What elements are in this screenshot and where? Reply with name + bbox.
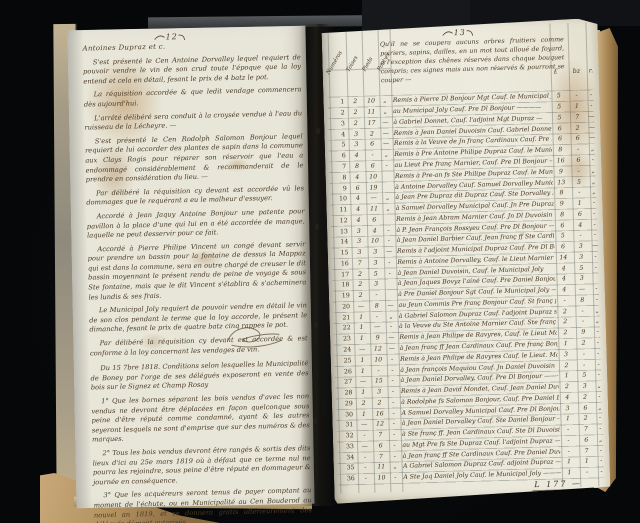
cell-a3: - [592,339,603,346]
cell-a2: 5 [575,372,593,379]
cell-c3: - [388,442,400,449]
cell-a2: 7 [578,447,596,454]
cell-c2: 12 [370,345,386,352]
cell-a1: 9 [552,168,570,175]
cell-c2: 3 [367,248,383,255]
cell-a1: 5 [550,114,568,121]
cell-c3: - [382,227,394,234]
cell-a2: 5 [570,178,588,185]
right-page: 13 Qu'il ne se coupera aucuns arbres fru… [321,18,610,504]
cell-c1: 1 [354,324,370,331]
cell-a2: 9 [574,329,592,336]
cell-a1: 14 [554,254,572,261]
cell-a3: — [586,113,597,120]
binding-stitch [314,322,318,328]
cell-c2: 16 [372,410,388,417]
cell-c1: 3 [348,141,364,148]
cell-a3: „ [588,167,599,174]
cell-c1: 8 [349,163,365,170]
cell-c3: — [380,140,392,147]
cell-c1: - [357,432,373,439]
cell-a3: - [591,296,602,303]
cell-c2: 3 [368,259,384,266]
cell-a2: 3 [573,275,591,282]
cell-no: 1 [326,99,347,107]
cell-c1: — [357,443,373,450]
cell-a3: - [588,199,599,206]
manuscript-paragraph: Par délibéré la réquisition cy devant es… [86,184,304,209]
cell-c3: - [387,399,399,406]
cell-c1: 1 [355,367,371,374]
cell-a2: 1 [578,458,596,465]
cell-a3: - [589,232,600,239]
cell-a3: „ [595,436,606,443]
cell-a3: - [596,468,607,475]
cell-a2: - [569,146,587,153]
cell-c3: - [388,431,400,438]
cell-c1: 2 [352,281,368,288]
cell-no: 22 [333,325,354,333]
cell-a2: 3 [572,253,590,260]
manuscript-paragraph: La réquisition accordée & que ledit vend… [84,86,302,111]
page-number-flourish [466,28,476,37]
cell-c2: 19 [365,184,381,191]
cell-a1: 1 [558,372,576,379]
cell-c2: 2 [371,399,387,406]
cell-c1: 3 [351,249,367,256]
cell-c2: 12 [372,421,388,428]
cell-no: 28 [335,389,356,397]
cell-a2: 2 [577,415,595,422]
cell-a2: 6 [576,404,594,411]
cell-a2: - [568,92,586,99]
margin-heading: Antoines Dupraz et c. [82,39,300,54]
cell-c1: 1 [354,356,370,363]
cell-c1: 6 [350,184,366,191]
manuscript-paragraph: S'est présenté le Cen Antoine Dorvalley … [83,53,302,87]
manuscript-photo: 12 Antoines Dupraz et c. S'est présenté … [0,0,640,523]
cell-c1: 2 [352,270,368,277]
cell-a1: 4 [555,265,573,272]
cell-a3: - [594,415,605,422]
cell-c1: 1 [353,313,369,320]
cell-no: 27 [334,378,355,386]
cell-a3: — [586,124,597,131]
cell-c2: - [365,152,381,159]
cell-a2: 6 [577,436,595,443]
cell-a1: - [559,426,577,433]
cell-a3: - [590,264,601,271]
column-header-pieds: Pieds [362,56,375,72]
cell-no: 4 [327,131,348,139]
cell-a3: - [591,285,602,292]
cell-a1: 5 [550,92,568,99]
cell-c3: - [385,323,397,330]
cell-a2: 8 [573,296,591,303]
cell-c3: „ [379,97,391,104]
cell-a1: 2 [558,383,576,390]
cell-c3: „ [385,313,397,320]
cell-a3: „ [594,404,605,411]
currency-header-batz: bz [573,67,581,75]
cell-no: 7 [328,163,349,171]
cell-c1: 4 [350,206,366,213]
cell-a2: - [570,189,588,196]
cell-c1: 4 [350,195,366,202]
cell-c3: — [379,119,391,126]
cell-no: 23 [333,335,354,343]
cell-a3: - [589,221,600,228]
cell-a1: 6 [551,136,569,143]
cell-c2: 6 [366,216,382,223]
cell-no: 11 [329,206,350,214]
cell-c2: 6 [364,141,380,148]
cell-a1: 4 [558,394,576,401]
cell-a2: — [573,286,591,293]
cell-a2: - [578,469,596,476]
cell-a2: 1 [571,200,589,207]
cell-a2: 6 [571,210,589,217]
condition-item: 1° Que les bornes séparant les bois vend… [91,392,310,445]
cell-a3: „ [588,178,599,185]
cell-a3: „ [588,189,599,196]
cell-a3: „ [592,318,603,325]
cell-a2: - [574,318,592,325]
cell-a1: 5 [550,103,568,110]
currency-header-rappes: r. [589,66,594,74]
cell-c3: - [388,420,400,427]
dated-heading: Du 15 7bre 1818. Conditions selon lesque… [90,359,309,393]
cell-a3: - [586,102,597,109]
page-number-flourish [154,33,166,41]
cell-a1: 8 [553,189,571,196]
cell-no: 36 [337,475,358,483]
cell-a1: 4 [555,286,573,293]
cell-a3: - [585,92,596,99]
condition-item: 2° Tous les bois vendus devront être ran… [92,444,311,488]
cell-no: 24 [333,346,354,354]
cell-a2: 7 [568,113,586,120]
manuscript-paragraph: Accordé à Jean Jaquy Antoine Bonjour une… [87,207,306,241]
cell-c1: 4 [351,217,367,224]
cell-c1: - [358,475,374,482]
signature-flourish [223,322,285,349]
cell-a3: - [595,425,606,432]
cell-c1: 1 [356,410,372,417]
cell-a3: - [595,447,606,454]
cell-no: 14 [330,239,351,247]
cell-c3: — [380,130,392,137]
cell-a1: 16 [552,157,570,164]
cell-a2: 6 [569,157,587,164]
cell-a3: „ [587,145,598,152]
cell-a2: 1 [568,103,586,110]
cell-c2: - [368,291,384,298]
condition-item: 3° Que les acquéreurs seront tenus de pa… [93,487,312,523]
cell-no: 30 [335,411,356,419]
manuscript-paragraph: Accordé à Pierre Philipe Vincent un cong… [87,240,306,303]
cell-c1: 2 [348,109,364,116]
cell-c3: „ [382,205,394,212]
cell-a3: — [590,242,601,249]
cell-c2: 2 [364,130,380,137]
cell-a2: 2 [575,339,593,346]
cell-c2: 3 [368,281,384,288]
cell-no: 26 [334,368,355,376]
cell-a1: 1 [557,340,575,347]
cell-c1: — [354,346,370,353]
cell-no: 16 [331,260,352,268]
cell-c1: 2 [353,292,369,299]
cell-no: 31 [335,421,356,429]
column-header-toises: Toises [346,55,360,73]
cell-a3: - [592,328,603,335]
cell-c2: 11 [363,109,379,116]
cell-no: 35 [337,465,358,473]
cell-a2: - [572,232,590,239]
ledger-table: 1210„Remis à Pierre Dl Bonjour Mgt Cauf.… [326,90,607,485]
cell-no: 21 [332,314,353,322]
cell-c1: - [357,453,373,460]
page-number-right: 13 [442,28,476,38]
manuscript-paragraph: L'arrêté délibéré sera conduit à la croy… [84,109,302,134]
cell-c3: „ [379,108,391,115]
cell-a1: 1 [560,458,578,465]
cell-c3: — [383,248,395,255]
cell-a3: - [594,393,605,400]
cell-c3: - [388,409,400,416]
cell-no: 6 [328,152,349,160]
cell-no: 34 [336,454,357,462]
cell-a2: - [570,167,588,174]
cell-no: 32 [336,432,357,440]
cell-c2: 10 [365,173,381,180]
cell-a3: - [593,361,604,368]
page-number-flourish [442,29,454,37]
cell-c3: - [387,388,399,395]
cell-no: 8 [329,174,350,182]
cell-a2: 7 [577,426,595,433]
cell-a3: - [593,350,604,357]
cell-no: 3 [327,120,348,128]
cell-a1: 1 [560,469,578,476]
cell-c1: 4 [349,152,365,159]
cell-c2: 5 [368,270,384,277]
cell-a1: 3 [557,351,575,358]
cell-c3: — [385,302,397,309]
cell-c2: - [371,367,387,374]
cell-a2: - [574,307,592,314]
cell-a2: 6 [569,135,587,142]
cell-c3: „ [382,194,394,201]
cell-c1: — [355,378,371,385]
currency-header-livres: £ [554,67,558,75]
cell-a2: 4 [571,221,589,228]
cell-no: 13 [330,228,351,236]
cell-a1: 8 [551,146,569,153]
cell-no: 17 [331,271,352,279]
cell-c1: — [353,303,369,310]
cell-a3: „ [594,382,605,389]
cell-c1: 7 [352,260,368,267]
cell-c2: 9 [370,334,386,341]
cell-c3: — [386,345,398,352]
cell-no: 19 [332,292,353,300]
cell-c3: - [384,270,396,277]
cell-no: 15 [331,249,352,257]
cell-c2: 7 [373,453,389,460]
left-page: 12 Antoines Dupraz et c. S'est présenté … [67,26,314,508]
cell-a3: - [593,371,604,378]
cell-a2: 2 [576,393,594,400]
cell-a3: - [596,458,607,465]
cell-c1: 4 [349,174,365,181]
cell-c2: 3 [371,388,387,395]
cell-c3: - [381,162,393,169]
cell-a1: 6 [551,125,569,132]
cell-no: 2 [327,109,348,117]
cell-a1: 2 [556,318,574,325]
cell-c2: 10 [363,98,379,105]
cell-c3: - [383,259,395,266]
cell-c2: — [366,195,382,202]
cell-c1: 3 [351,238,367,245]
cell-c2: 11 [366,205,382,212]
cell-a3: „ [591,307,602,314]
cell-c2: 4 [367,227,383,234]
cell-c3: „ [380,151,392,158]
cell-no: 20 [332,303,353,311]
cell-c1: — [356,421,372,428]
cell-a1: - [556,297,574,304]
binding-stitch [316,128,320,134]
cell-a2: 2 [569,124,587,131]
cell-c2: - [369,313,385,320]
cell-a3: - [587,156,598,163]
cell-c2: 10 [367,238,383,245]
cell-c2: 6 [373,442,389,449]
cell-c1: 2 [348,120,364,127]
cell-a1: 4 [555,275,573,282]
cell-c2: 8 [369,302,385,309]
cell-c3: - [386,356,398,363]
binding-stitch [313,418,317,424]
cell-a1: 1 [559,415,577,422]
cell-a1: - [560,448,578,455]
cell-c3: - [387,377,399,384]
cell-a1: 6 [554,243,572,250]
cell-a1: 9 [553,200,571,207]
cell-c3: - [386,366,398,373]
cell-c3: - [389,474,401,481]
cell-c2: — [369,324,385,331]
cell-no: 9 [329,185,350,193]
cell-c3: — [385,334,397,341]
cell-no: 33 [336,443,357,451]
cell-a1: 2 [556,308,574,315]
cell-a1: 3 [559,405,577,412]
cell-c2: 11 [373,464,389,471]
cell-c1: 1 [355,389,371,396]
cell-c1: 2 [356,400,372,407]
cell-c2: 10 [370,356,386,363]
cell-a1: 2 [557,362,575,369]
cell-c2: 15 [371,378,387,385]
cell-a2: - [575,350,593,357]
cell-a2: 3 [576,383,594,390]
cell-a1: 8 [553,211,571,218]
cell-no: 10 [329,195,350,203]
left-page-text: Antoines Dupraz et c. S'est présenté le … [82,39,312,523]
cell-c2: 7 [372,431,388,438]
cell-c1: 1 [354,335,370,342]
cell-no: 5 [328,142,349,150]
cell-c2: 6 [365,162,381,169]
cell-c1: - [357,464,373,471]
cell-c3: - [389,453,401,460]
cell-no: 12 [330,217,351,225]
cell-a1: 2 [556,329,574,336]
cell-a1: 5 [554,232,572,239]
page-number-left: 12 [153,32,187,42]
cell-a2: 5 [572,264,590,271]
right-page-intro: Qu'il ne se coupera aucuns arbres fruiti… [380,35,565,85]
cell-a3: - [589,210,600,217]
cell-a1: - [559,437,577,444]
cell-a1: 6 [553,222,571,229]
cell-c1: 3 [351,227,367,234]
cell-c3: „ [389,463,401,470]
cell-c1: 3 [348,130,364,137]
binding-stitch [315,224,319,230]
cell-c3: - [383,237,395,244]
cell-a2: 3 [572,243,590,250]
table-total: L 177 — [532,479,588,492]
cell-c2: 10 [374,474,390,481]
page-number-flourish [178,33,188,42]
cell-a3: - [590,253,601,260]
cell-a2: - [575,361,593,368]
cell-c2: 17 [364,119,380,126]
cell-a1: 13 [552,179,570,186]
cell-c1: 2 [347,98,363,105]
cell-no: 29 [335,400,356,408]
manuscript-paragraph: S'est présenté le Cen Rodolph Salomon Bo… [85,132,304,185]
cell-no: 25 [334,357,355,365]
cell-a3: — [587,135,598,142]
cell-no: 18 [332,282,353,290]
